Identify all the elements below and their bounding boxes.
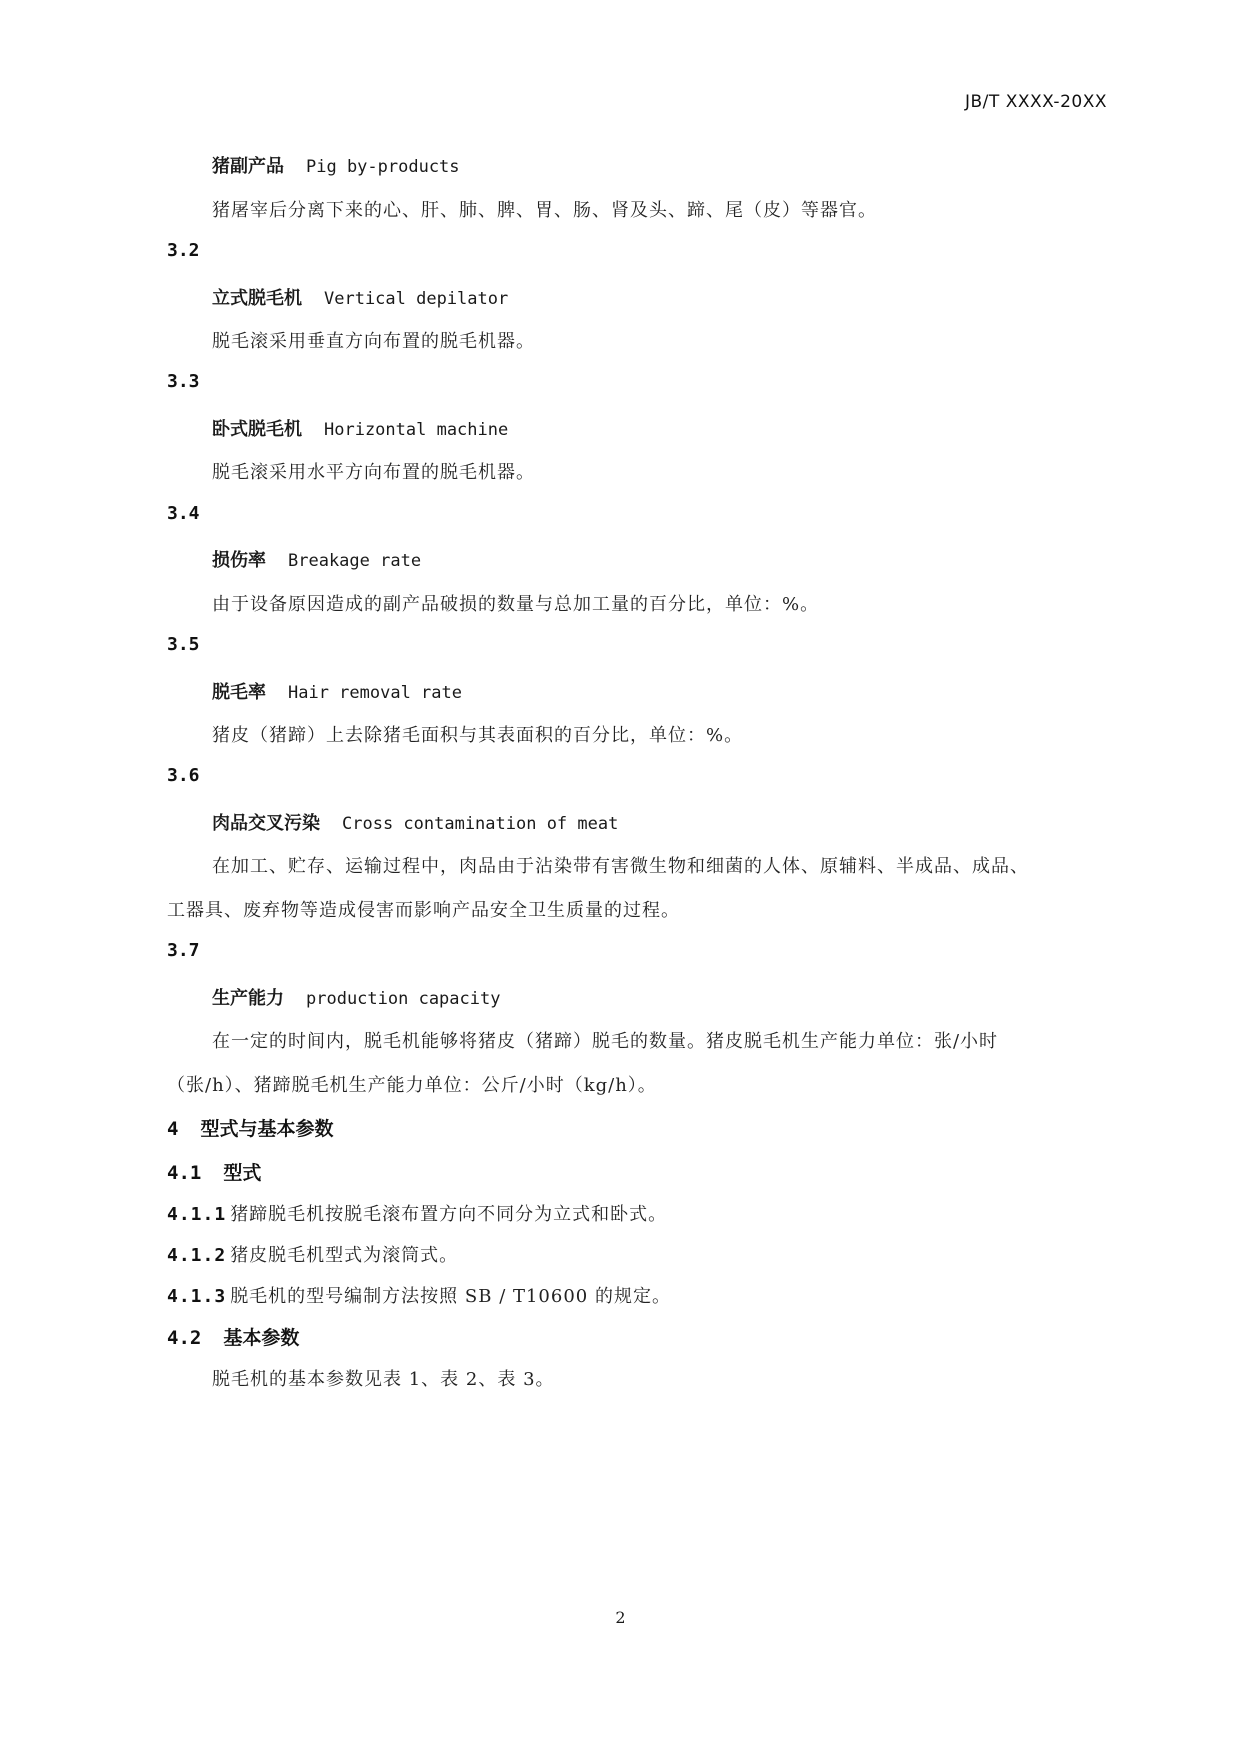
term-en: Cross contamination of meat	[342, 814, 618, 834]
subsection-number: 4.1	[167, 1162, 201, 1184]
term-title: 猪副产品Pig by-products	[212, 152, 460, 178]
clause-text: 脱毛机的型号编制方法按照 SB / T10600 的规定。	[230, 1286, 671, 1307]
term-number: 3.6	[167, 765, 200, 786]
term-definition: 由于设备原因造成的副产品破损的数量与总加工量的百分比，单位：%。	[212, 590, 819, 616]
subsection-title: 型式	[223, 1162, 261, 1184]
term-title: 损伤率Breakage rate	[212, 546, 421, 572]
term-title: 卧式脱毛机Horizontal machine	[212, 415, 508, 441]
section-heading: 4型式与基本参数	[167, 1114, 333, 1141]
subsection-text: 脱毛机的基本参数见表 1、表 2、表 3。	[212, 1365, 555, 1391]
clause-text: 猪皮脱毛机型式为滚筒式。	[230, 1245, 458, 1266]
document-code-header: JB/T XXXX-20XX	[965, 92, 1107, 112]
term-zh: 肉品交叉污染	[212, 813, 320, 834]
page-number: 2	[0, 1608, 1241, 1627]
term-definition: 脱毛滚采用垂直方向布置的脱毛机器。	[212, 327, 535, 353]
term-definition: 猪皮（猪蹄）上去除猪毛面积与其表面积的百分比，单位：%。	[212, 721, 743, 747]
term-en: Pig by-products	[306, 157, 460, 177]
subsection-number: 4.2	[167, 1327, 201, 1349]
term-zh: 生产能力	[212, 988, 284, 1009]
term-title: 肉品交叉污染Cross contamination of meat	[212, 809, 618, 835]
subsection-heading: 4.2基本参数	[167, 1323, 299, 1350]
term-en: Breakage rate	[288, 551, 421, 571]
term-zh: 猪副产品	[212, 156, 284, 177]
term-en: Horizontal machine	[324, 420, 508, 440]
clause: 4.1.3脱毛机的型号编制方法按照 SB / T10600 的规定。	[167, 1282, 671, 1308]
term-number: 3.4	[167, 503, 200, 524]
term-number: 3.7	[167, 940, 200, 961]
clause-number: 4.1.3	[167, 1286, 226, 1307]
term-definition: 猪屠宰后分离下来的心、肝、肺、脾、胃、肠、肾及头、蹄、尾（皮）等器官。	[212, 196, 877, 222]
term-en: Vertical depilator	[324, 289, 508, 309]
term-number: 3.3	[167, 371, 200, 392]
term-definition-continued: 工器具、废弃物等造成侵害而影响产品安全卫生质量的过程。	[167, 896, 680, 922]
clause: 4.1.1猪蹄脱毛机按脱毛滚布置方向不同分为立式和卧式。	[167, 1200, 667, 1226]
term-title: 立式脱毛机Vertical depilator	[212, 284, 508, 310]
term-zh: 脱毛率	[212, 682, 266, 703]
clause-text: 猪蹄脱毛机按脱毛滚布置方向不同分为立式和卧式。	[230, 1204, 667, 1225]
term-title: 脱毛率Hair removal rate	[212, 678, 462, 704]
clause: 4.1.2猪皮脱毛机型式为滚筒式。	[167, 1241, 458, 1267]
term-definition-continued: （张/h）、猪蹄脱毛机生产能力单位：公斤/小时（kg/h）。	[167, 1071, 657, 1097]
clause-number: 4.1.1	[167, 1204, 226, 1225]
subsection-heading: 4.1型式	[167, 1158, 261, 1185]
section-number: 4	[167, 1118, 178, 1140]
term-zh: 卧式脱毛机	[212, 419, 302, 440]
term-number: 3.5	[167, 634, 200, 655]
term-number: 3.2	[167, 240, 200, 261]
term-en: Hair removal rate	[288, 683, 462, 703]
subsection-title: 基本参数	[223, 1327, 299, 1349]
term-definition: 在一定的时间内，脱毛机能够将猪皮（猪蹄）脱毛的数量。猪皮脱毛机生产能力单位：张/…	[212, 1027, 998, 1053]
term-zh: 立式脱毛机	[212, 288, 302, 309]
term-en: production capacity	[306, 989, 500, 1009]
term-zh: 损伤率	[212, 550, 266, 571]
clause-number: 4.1.2	[167, 1245, 226, 1266]
term-definition: 在加工、贮存、运输过程中，肉品由于沾染带有害微生物和细菌的人体、原辅料、半成品、…	[212, 852, 1029, 878]
term-definition: 脱毛滚采用水平方向布置的脱毛机器。	[212, 458, 535, 484]
term-title: 生产能力production capacity	[212, 984, 500, 1010]
section-title: 型式与基本参数	[200, 1118, 333, 1140]
